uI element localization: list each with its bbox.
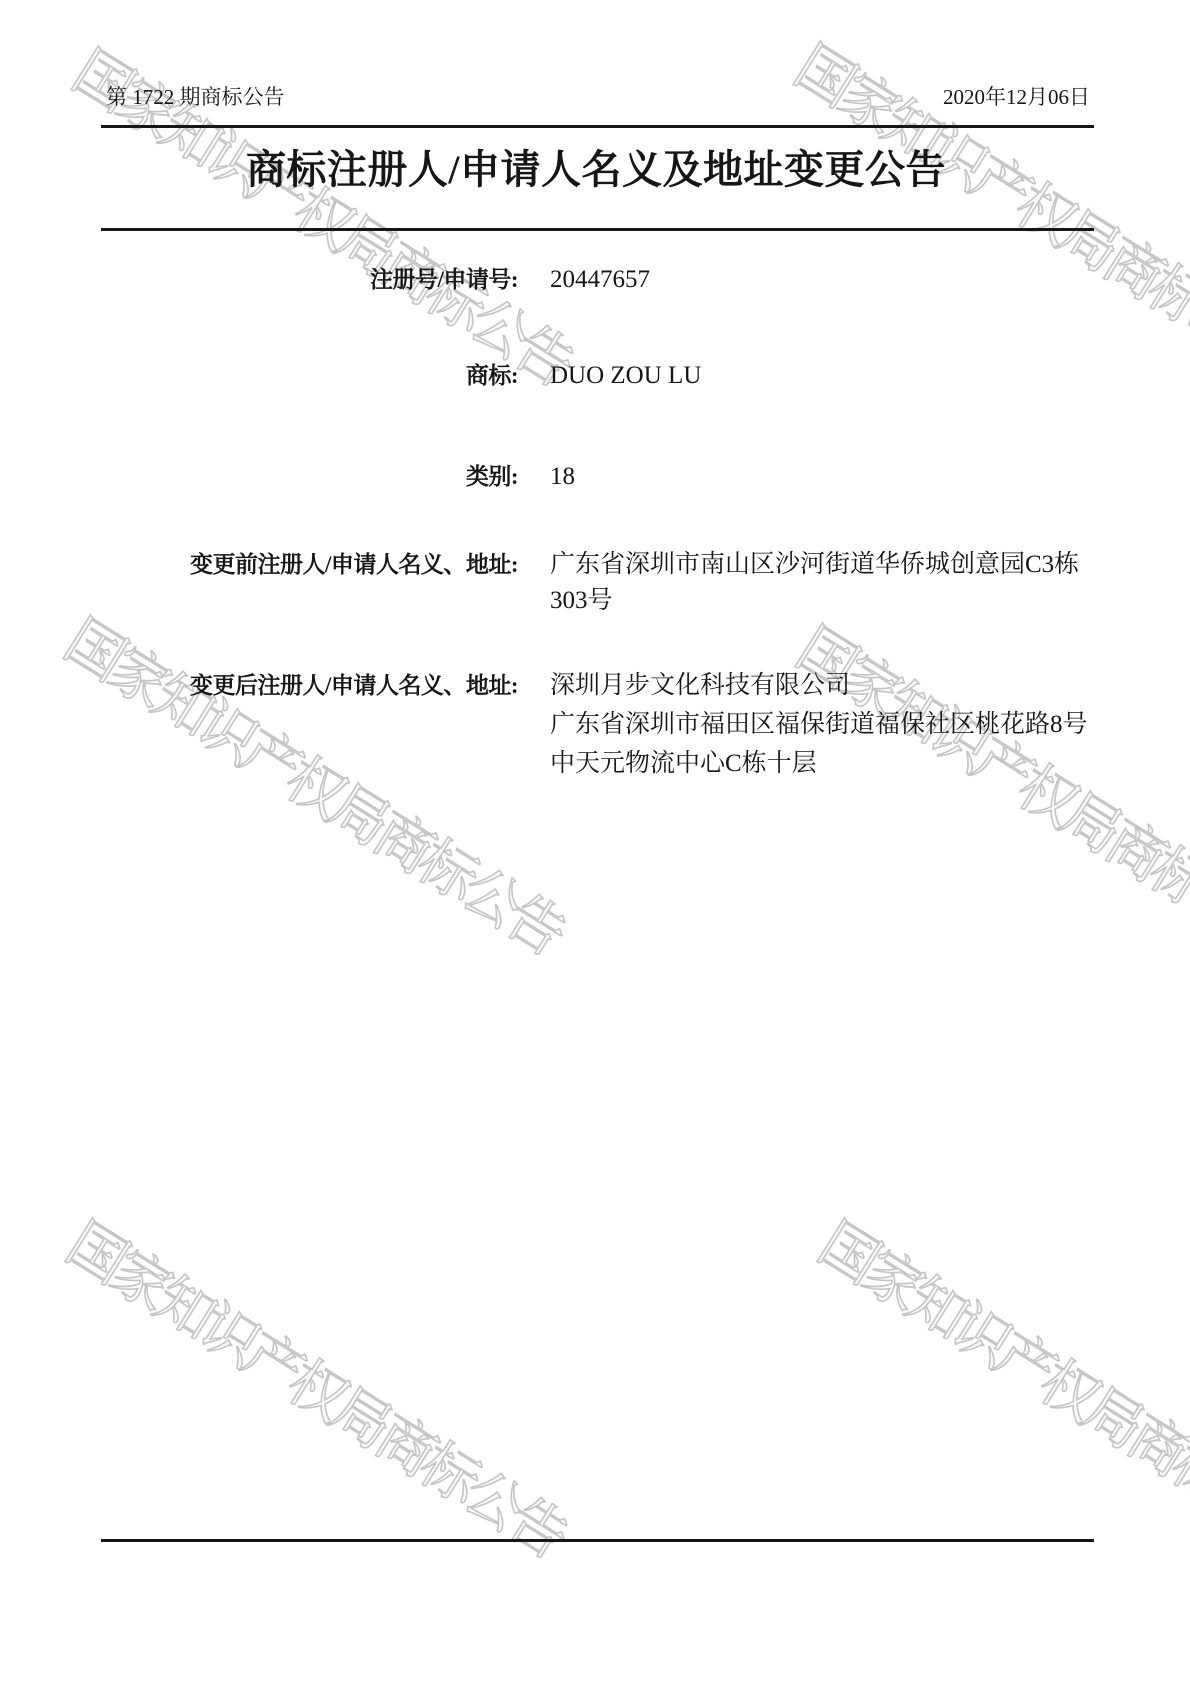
gazette-issue-label: 第 1722 期商标公告 — [106, 84, 285, 110]
field-value: 广东省深圳市南山区沙河街道华侨城创意园C3栋 303号 — [550, 547, 1125, 619]
field-value-line: DUO ZOU LU — [550, 360, 1125, 392]
field-value-line: 303号 — [550, 583, 1125, 619]
gazette-date-label: 2020年12月06日 — [943, 84, 1090, 110]
field-value: DUO ZOU LU — [550, 360, 1125, 392]
field-label: 变更后注册人/申请人名义、地址: — [100, 666, 518, 705]
title-rule — [101, 228, 1094, 231]
field-value: 18 — [550, 461, 1125, 493]
field-value: 20447657 — [550, 264, 1125, 296]
header-rule — [101, 125, 1094, 128]
field-value-line: 20447657 — [550, 264, 1125, 296]
page-title: 商标注册人/申请人名义及地址变更公告 — [100, 147, 1092, 193]
field-value-line: 18 — [550, 461, 1125, 493]
field-label: 类别: — [100, 461, 518, 493]
field-value-line: 广东省深圳市南山区沙河街道华侨城创意园C3栋 — [550, 547, 1125, 583]
field-label: 商标: — [100, 360, 518, 392]
page-content: 第 1722 期商标公告 2020年12月06日 商标注册人/申请人名义及地址变… — [0, 0, 1190, 1684]
field-label: 变更前注册人/申请人名义、地址: — [100, 547, 518, 583]
field-value: 深圳月步文化科技有限公司 广东省深圳市福田区福保街道福保社区桃花路8号 中天元物… — [550, 666, 1125, 783]
field-label: 注册号/申请号: — [100, 264, 518, 296]
field-value-line: 中天元物流中心C栋十层 — [550, 744, 1125, 783]
field-value-line: 广东省深圳市福田区福保街道福保社区桃花路8号 — [550, 705, 1125, 744]
gazette-page: 国家知识产权局商标公告 国家知识产权局商标公告 国家知识产权局商标公告 国家知识… — [0, 0, 1190, 1684]
footer-rule — [101, 1539, 1094, 1542]
field-value-line: 深圳月步文化科技有限公司 — [550, 666, 1125, 705]
